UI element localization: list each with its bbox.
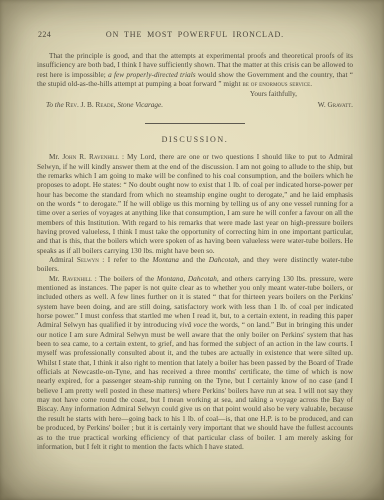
discussion-paragraph-ravenhill-1: Mr. John R. Ravenhill : My Lord, there a…: [37, 153, 353, 256]
letter-signature: W. Gravatt.: [318, 101, 353, 110]
section-divider: [145, 123, 245, 124]
letter-signature-row: To the Rev. J. B. Reade, Stone Vicarage.…: [37, 101, 353, 110]
letter-addressee: To the Rev. J. B. Reade, Stone Vicarage.: [46, 101, 163, 110]
letter-closing: Yours faithfully,: [37, 90, 353, 99]
section-heading: DISCUSSION.: [37, 135, 353, 144]
discussion-paragraph-ravenhill-2: Mr. Ravenhill : The boilers of the Monta…: [37, 275, 353, 453]
discussion-paragraph-selwyn: Admiral Selwyn : I refer to the Montana …: [37, 256, 353, 275]
running-header: ON THE MOST POWERFUL IRONCLAD.: [37, 30, 353, 39]
page-content: 224 ON THE MOST POWERFUL IRONCLAD. That …: [0, 0, 384, 500]
page-header: 224 ON THE MOST POWERFUL IRONCLAD.: [37, 30, 353, 41]
letter-paragraph: That the principle is good, and that the…: [37, 52, 353, 89]
page-number: 224: [38, 30, 51, 39]
book-page: 224 ON THE MOST POWERFUL IRONCLAD. That …: [0, 0, 384, 500]
